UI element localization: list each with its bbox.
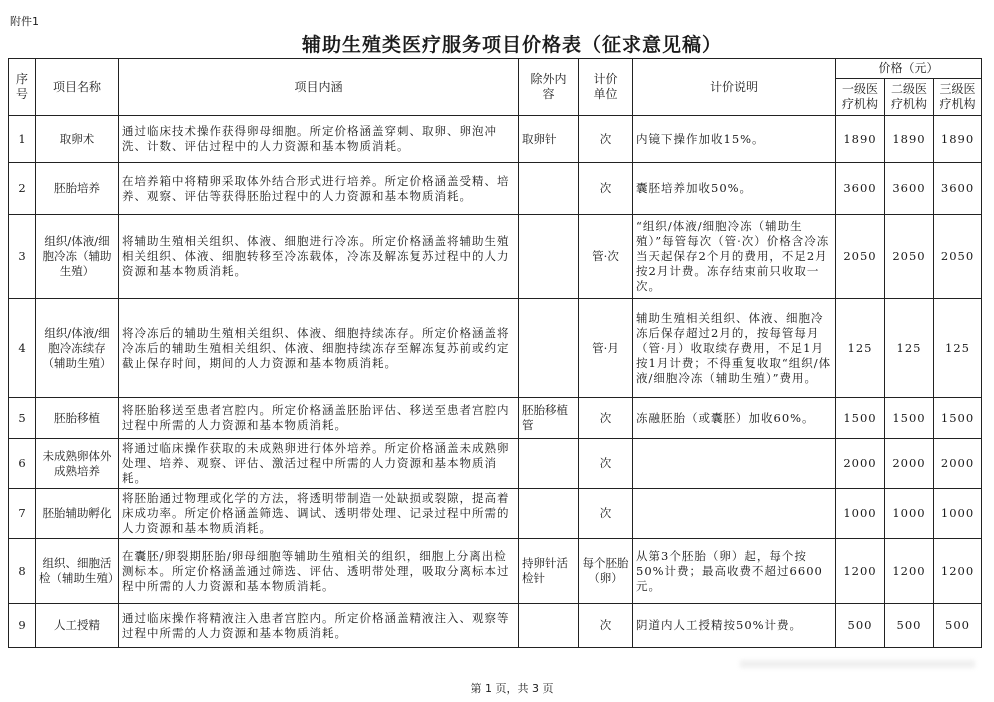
row-excluded: [519, 163, 579, 215]
row-unit: 次: [579, 398, 633, 439]
row-unit: 次: [579, 116, 633, 163]
header-level2: 二级医疗机构: [885, 79, 934, 116]
row-name: 组织/体液/细胞冷冻（辅助生殖）: [36, 215, 119, 299]
row-excluded: [519, 215, 579, 299]
row-price-level1: 125: [836, 299, 885, 398]
row-name: 人工授精: [36, 604, 119, 648]
row-price-level3: 1200: [934, 539, 982, 604]
row-content: 将胚胎移送至患者宫腔内。所定价格涵盖胚胎评估、移送至患者宫腔内过程中所需的人力资…: [119, 398, 519, 439]
row-note: 囊胚培养加收50%。: [633, 163, 836, 215]
row-note: 冻融胚胎（或囊胚）加收60%。: [633, 398, 836, 439]
row-name: 组织/体液/细胞冷冻续存（辅助生殖）: [36, 299, 119, 398]
row-price-level2: 1000: [885, 489, 934, 539]
row-price-level2: 2000: [885, 439, 934, 489]
table-row: 9 人工授精 通过临床操作将精液注入患者宫腔内。所定价格涵盖精液注入、观察等过程…: [9, 604, 982, 648]
row-price-level3: 3600: [934, 163, 982, 215]
row-seq: 9: [9, 604, 36, 648]
header-level3: 三级医疗机构: [934, 79, 982, 116]
row-price-level2: 1500: [885, 398, 934, 439]
row-excluded: 胚胎移植管: [519, 398, 579, 439]
row-price-level1: 1500: [836, 398, 885, 439]
table-row: 8 组织、细胞活检（辅助生殖） 在囊胚/卵裂期胚胎/卵母细胞等辅助生殖相关的组织…: [9, 539, 982, 604]
header-level1: 一级医疗机构: [836, 79, 885, 116]
header-name: 项目名称: [36, 59, 119, 116]
row-excluded: [519, 604, 579, 648]
document-title: 辅助生殖类医疗服务项目价格表（征求意见稿）: [0, 30, 994, 57]
row-price-level2: 1200: [885, 539, 934, 604]
table-row: 7 胚胎辅助孵化 将胚胎通过物理或化学的方法，将透明带制造一处缺损或裂隙，提高着…: [9, 489, 982, 539]
row-excluded: 持卵针活检针: [519, 539, 579, 604]
row-name: 取卵术: [36, 116, 119, 163]
row-price-level1: 2050: [836, 215, 885, 299]
header-excluded: 除外内容: [519, 59, 579, 116]
row-price-level2: 125: [885, 299, 934, 398]
row-seq: 7: [9, 489, 36, 539]
row-price-level1: 500: [836, 604, 885, 648]
header-seq: 序号: [9, 59, 36, 116]
table-row: 4 组织/体液/细胞冷冻续存（辅助生殖） 将冷冻后的辅助生殖相关组织、体液、细胞…: [9, 299, 982, 398]
row-unit: 次: [579, 439, 633, 489]
row-note: 从第3个胚胎（卵）起，每个按50%计费；最高收费不超过6600元。: [633, 539, 836, 604]
row-price-level1: 2000: [836, 439, 885, 489]
table-row: 2 胚胎培养 在培养箱中将精卵采取体外结合形式进行培养。所定价格涵盖受精、培养、…: [9, 163, 982, 215]
row-content: 在囊胚/卵裂期胚胎/卵母细胞等辅助生殖相关的组织，细胞上分离出检测标本。所定价格…: [119, 539, 519, 604]
row-content: 将辅助生殖相关组织、体液、细胞进行冷冻。所定价格涵盖将辅助生殖相关组织、体液、细…: [119, 215, 519, 299]
scan-smudge: [740, 660, 975, 668]
row-unit: 每个胚胎（卵）: [579, 539, 633, 604]
row-note: [633, 489, 836, 539]
row-price-level3: 2000: [934, 439, 982, 489]
price-table: 序号 项目名称 项目内涵 除外内容 计价单位 计价说明 价格（元） 一级医疗机构…: [8, 58, 982, 648]
row-content: 通过临床技术操作获得卵母细胞。所定价格涵盖穿刺、取卵、卵泡冲洗、计数、评估过程中…: [119, 116, 519, 163]
header-unit: 计价单位: [579, 59, 633, 116]
row-price-level1: 1890: [836, 116, 885, 163]
row-unit: 管·次: [579, 215, 633, 299]
row-unit: 次: [579, 489, 633, 539]
row-price-level1: 3600: [836, 163, 885, 215]
row-price-level1: 1200: [836, 539, 885, 604]
header-content: 项目内涵: [119, 59, 519, 116]
row-seq: 1: [9, 116, 36, 163]
row-content: 将通过临床操作获取的未成熟卵进行体外培养。所定价格涵盖未成熟卵处理、培养、观察、…: [119, 439, 519, 489]
row-name: 胚胎辅助孵化: [36, 489, 119, 539]
row-seq: 8: [9, 539, 36, 604]
row-seq: 6: [9, 439, 36, 489]
row-note: [633, 439, 836, 489]
row-note: 内镜下操作加收15%。: [633, 116, 836, 163]
row-name: 未成熟卵体外成熟培养: [36, 439, 119, 489]
row-seq: 4: [9, 299, 36, 398]
row-excluded: [519, 299, 579, 398]
row-price-level2: 1890: [885, 116, 934, 163]
row-content: 将胚胎通过物理或化学的方法，将透明带制造一处缺损或裂隙，提高着床成功率。所定价格…: [119, 489, 519, 539]
row-excluded: [519, 439, 579, 489]
table-row: 5 胚胎移植 将胚胎移送至患者宫腔内。所定价格涵盖胚胎评估、移送至患者宫腔内过程…: [9, 398, 982, 439]
row-content: 通过临床操作将精液注入患者宫腔内。所定价格涵盖精液注入、观察等过程中所需的人力资…: [119, 604, 519, 648]
row-excluded: 取卵针: [519, 116, 579, 163]
row-price-level3: 1500: [934, 398, 982, 439]
page-footer: 第 1 页，共 3 页: [0, 680, 994, 696]
row-price-level2: 500: [885, 604, 934, 648]
header-price-group: 价格（元）: [836, 59, 982, 79]
row-name: 胚胎培养: [36, 163, 119, 215]
row-price-level3: 500: [934, 604, 982, 648]
row-unit: 次: [579, 163, 633, 215]
row-seq: 5: [9, 398, 36, 439]
row-price-level1: 1000: [836, 489, 885, 539]
row-price-level3: 1000: [934, 489, 982, 539]
row-unit: 次: [579, 604, 633, 648]
attachment-label: 附件1: [10, 13, 39, 29]
row-name: 组织、细胞活检（辅助生殖）: [36, 539, 119, 604]
row-price-level3: 2050: [934, 215, 982, 299]
row-content: 在培养箱中将精卵采取体外结合形式进行培养。所定价格涵盖受精、培养、观察、评估等获…: [119, 163, 519, 215]
row-seq: 2: [9, 163, 36, 215]
row-price-level2: 2050: [885, 215, 934, 299]
row-note: “组织/体液/细胞冷冻（辅助生殖）”每管每次（管·次）价格含冷冻当天起保存2个月…: [633, 215, 836, 299]
row-price-level2: 3600: [885, 163, 934, 215]
row-excluded: [519, 489, 579, 539]
row-seq: 3: [9, 215, 36, 299]
table-row: 6 未成熟卵体外成熟培养 将通过临床操作获取的未成熟卵进行体外培养。所定价格涵盖…: [9, 439, 982, 489]
table-row: 3 组织/体液/细胞冷冻（辅助生殖） 将辅助生殖相关组织、体液、细胞进行冷冻。所…: [9, 215, 982, 299]
row-note: 辅助生殖相关组织、体液、细胞冷冻后保存超过2月的，按每管每月（管·月）收取续存费…: [633, 299, 836, 398]
row-name: 胚胎移植: [36, 398, 119, 439]
row-note: 阴道内人工授精按50%计费。: [633, 604, 836, 648]
row-content: 将冷冻后的辅助生殖相关组织、体液、细胞持续冻存。所定价格涵盖将冷冻后的辅助生殖相…: [119, 299, 519, 398]
row-price-level3: 1890: [934, 116, 982, 163]
table-row: 1 取卵术 通过临床技术操作获得卵母细胞。所定价格涵盖穿刺、取卵、卵泡冲洗、计数…: [9, 116, 982, 163]
row-unit: 管·月: [579, 299, 633, 398]
row-price-level3: 125: [934, 299, 982, 398]
header-note: 计价说明: [633, 59, 836, 116]
